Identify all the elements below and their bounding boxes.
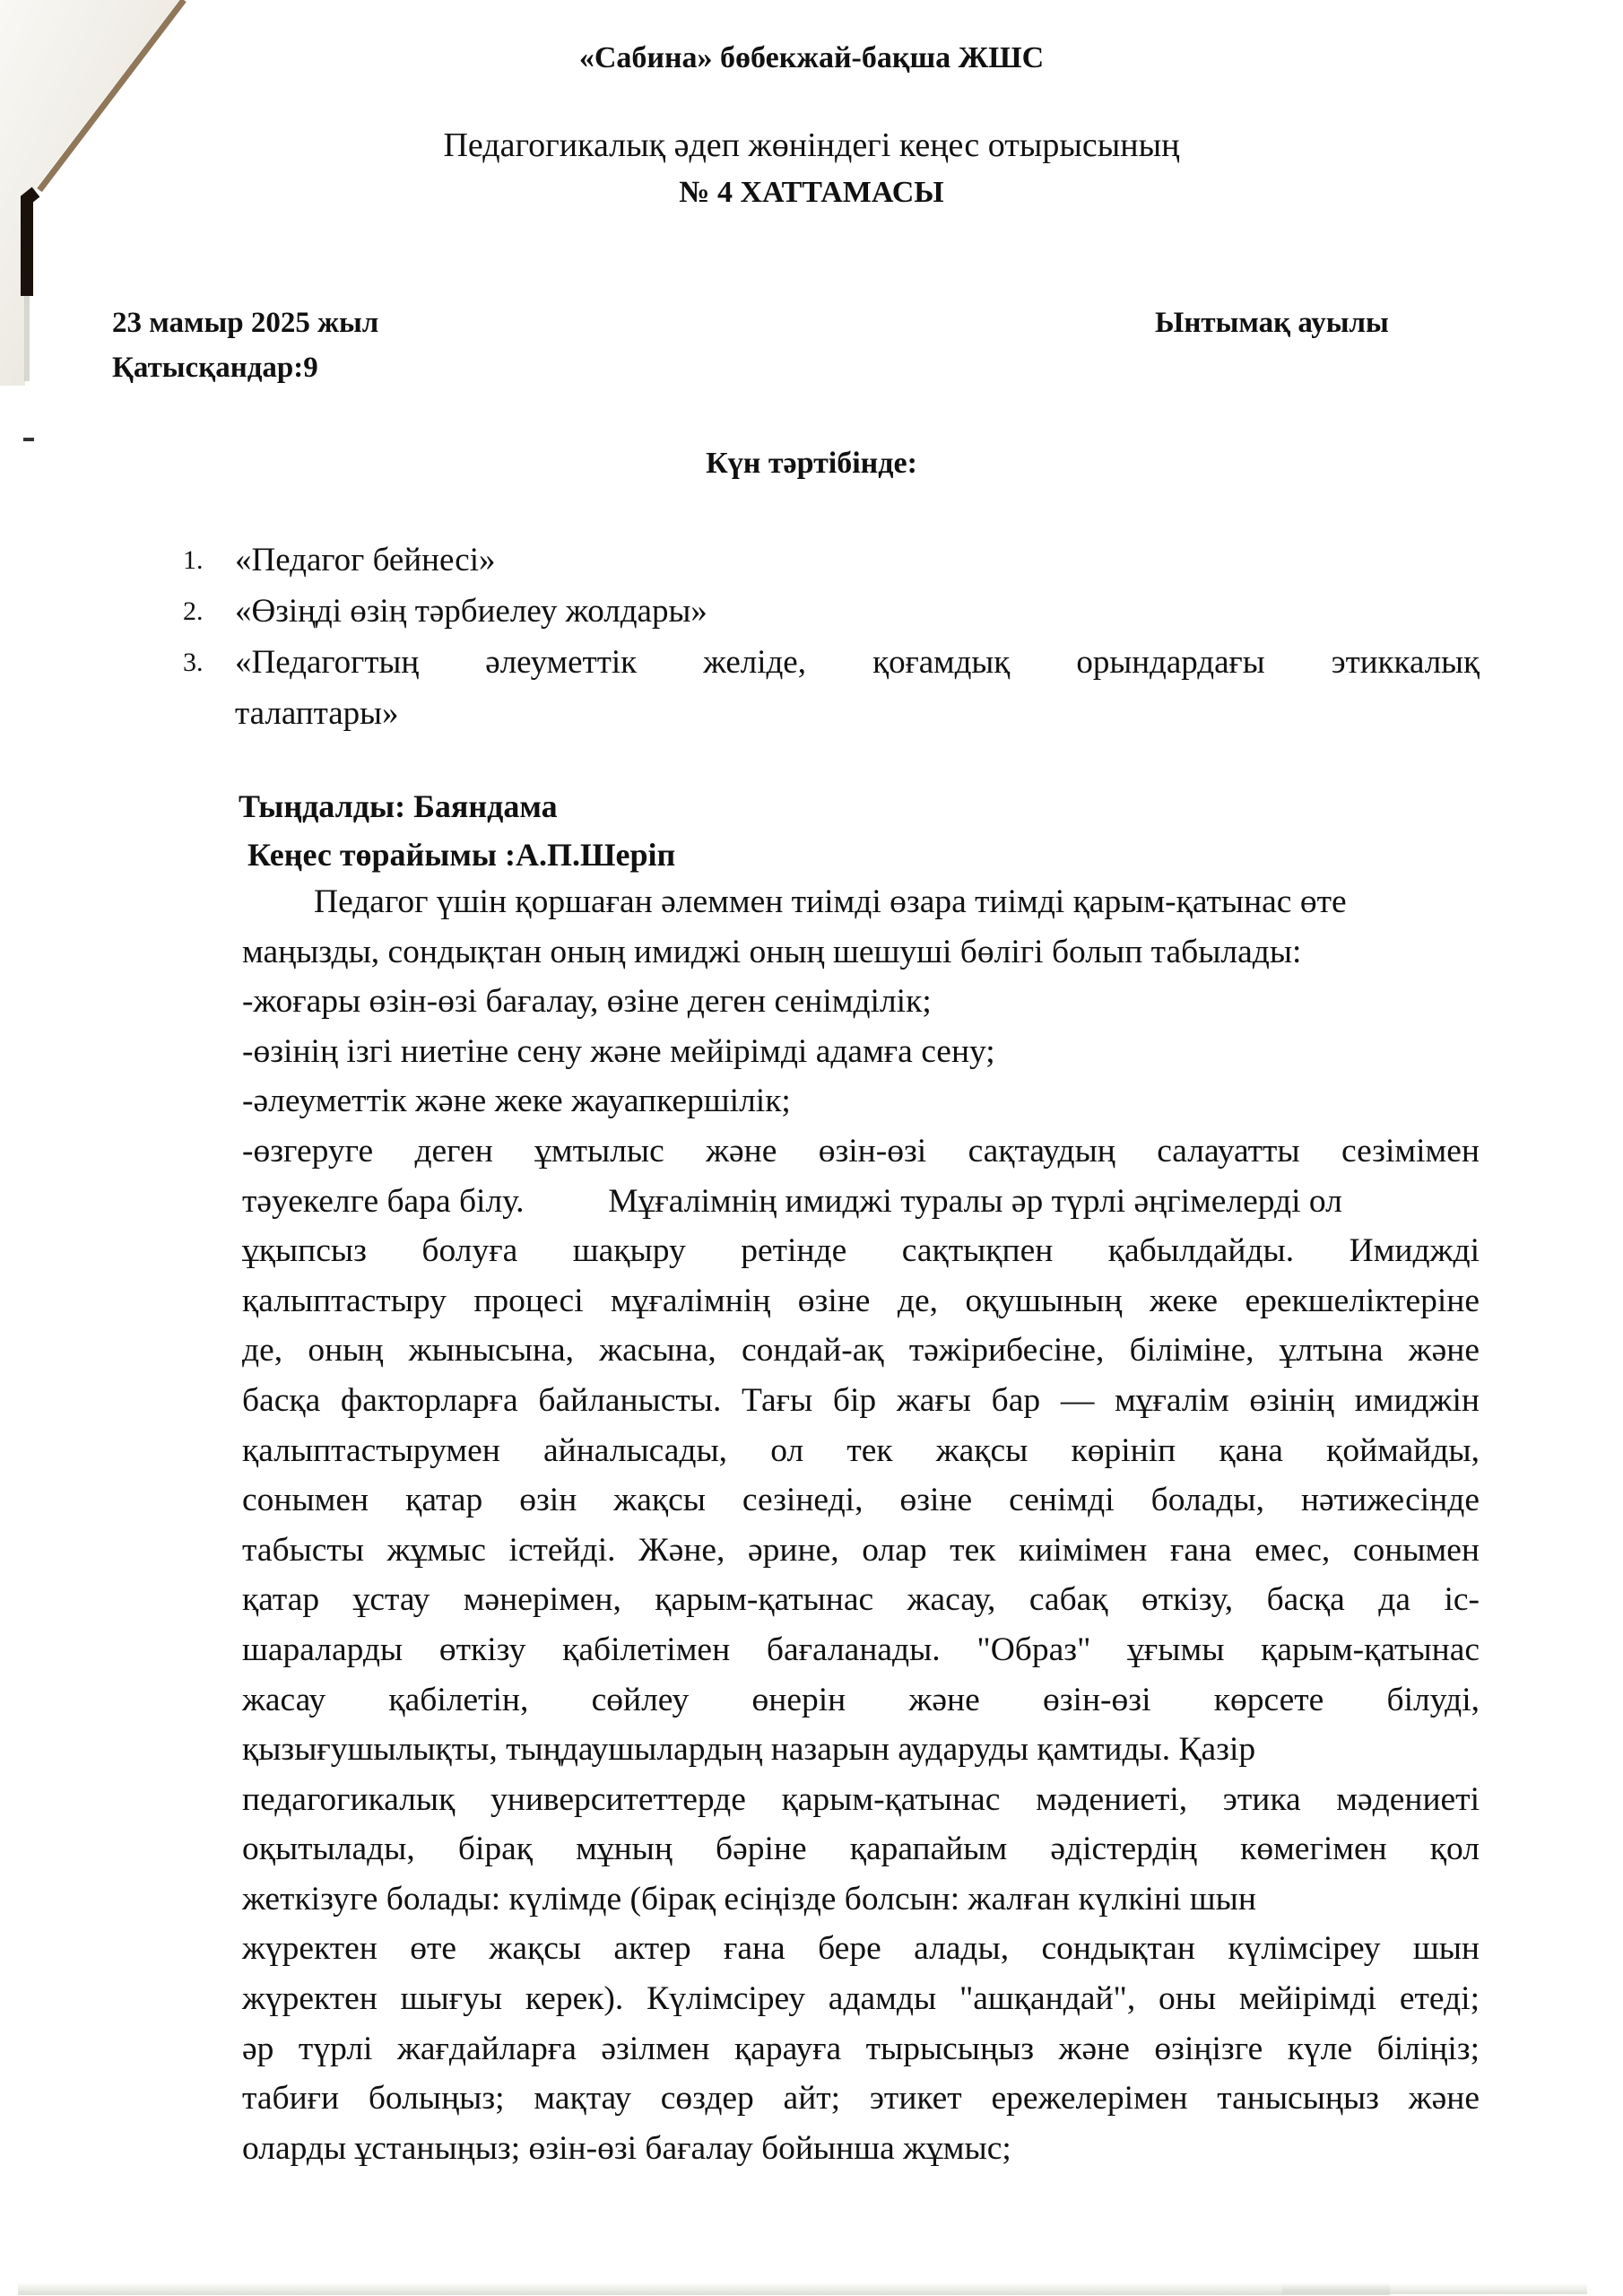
- agenda-item-text: «Өзіңді өзің тәрбиелеу жолдары»: [235, 593, 707, 630]
- body-line: маңызды, сондықтан оның имиджі оның шешу…: [242, 927, 1480, 978]
- body-line: қалыптастыру процесі мұғалімнің өзіне де…: [242, 1276, 1480, 1326]
- organization-name: «Сабина» бөбекжай-бақша ЖШС: [0, 41, 1623, 75]
- body-line: тәуекелге бара білу. Мұғалімнің имиджі т…: [242, 1177, 1480, 1227]
- body-line: жүректен шығуы керек). Күлімсіреу адамды…: [242, 1974, 1480, 2024]
- body-line: де, оның жынысына, жасына, сондай-ақ тәж…: [242, 1326, 1480, 1376]
- body-line: жеткізуге болады: күлімде (бірақ есіңізд…: [242, 1874, 1480, 1925]
- body-line: -өзінің ізгі ниетіне сену және мейірімді…: [242, 1027, 1480, 1077]
- agenda-item-number: 3.: [183, 637, 204, 688]
- body-line: оларды ұстаныңыз; өзін-өзі бағалау бойын…: [242, 2124, 1480, 2174]
- meeting-place: Ынтымақ ауылы: [1155, 307, 1389, 340]
- agenda-item-text: «Педагогтың әлеуметтік желіде, қоғамдық …: [235, 644, 1480, 681]
- heard-heading: Тыңдалды: Баяндама: [239, 787, 558, 825]
- body-line: ұқыпсыз болуға шақыру ретінде сақтықпен …: [242, 1226, 1480, 1276]
- body-line: жасау қабілетін, сөйлеу өнерін және өзін…: [242, 1675, 1480, 1726]
- report-body: Педагог үшін қоршаған әлеммен тиімді өза…: [242, 877, 1480, 2173]
- meeting-date: 23 мамыр 2025 жыл: [112, 307, 378, 340]
- protocol-number: № 4 ХАТТАМАСЫ: [0, 176, 1623, 210]
- body-line: қалыптастырумен айналысады, ол тек жақсы…: [242, 1426, 1480, 1476]
- body-line: -әлеуметтік және жеке жауапкершілік;: [242, 1076, 1480, 1126]
- body-line: -өзгеруге деген ұмтылыс және өзін-өзі са…: [242, 1126, 1480, 1177]
- body-line: жүректен өте жақсы актер ғана бере алады…: [242, 1924, 1480, 1974]
- document-title: Педагогикалық әдеп жөніндегі кеңес отыры…: [0, 126, 1623, 165]
- scan-bottom-edge: [18, 2283, 1390, 2295]
- participants-count: Қатысқандар:9: [112, 352, 318, 385]
- body-line: табысты жұмыс істейді. Және, әрине, олар…: [242, 1526, 1480, 1576]
- agenda-item-number: 1.: [183, 535, 204, 586]
- scan-bottom-edge-right: [1282, 2283, 1587, 2294]
- agenda-item: 1. «Педагог бейнесі»: [179, 535, 1480, 586]
- scan-edge-mark: [23, 438, 34, 441]
- body-line: қызығушылықты, тыңдаушылардың назарын ау…: [242, 1725, 1480, 1775]
- agenda-item-text: «Педагог бейнесі»: [235, 542, 496, 578]
- body-line: басқа факторларға байланысты. Тағы бір ж…: [242, 1376, 1480, 1426]
- body-line: әр түрлі жағдайларға әзілмен қарауға тыр…: [242, 2024, 1480, 2074]
- body-line: табиғи болыңыз; мақтау сөздер айт; этике…: [242, 2074, 1480, 2124]
- body-line: Педагог үшін қоршаған әлеммен тиімді өза…: [242, 877, 1480, 927]
- agenda-item-text-continued: талаптары»: [235, 688, 1480, 739]
- agenda-item: 2. «Өзіңді өзің тәрбиелеу жолдары»: [179, 586, 1480, 637]
- body-line: педагогикалық университеттерде қарым-қат…: [242, 1775, 1480, 1825]
- body-line: сонымен қатар өзін жақсы сезінеді, өзіне…: [242, 1475, 1480, 1526]
- chairperson: Кеңес төрайымы :А.П.Шеріп: [247, 836, 675, 874]
- agenda-list: 1. «Педагог бейнесі» 2. «Өзіңді өзің тәр…: [179, 535, 1480, 739]
- body-line: оқытылады, бірақ мұның бәріне қарапайым …: [242, 1824, 1480, 1874]
- agenda-item-number: 2.: [183, 586, 204, 637]
- body-line: қатар ұстау мәнерімен, қарым-қатынас жас…: [242, 1575, 1480, 1625]
- agenda-item: 3. «Педагогтың әлеуметтік желіде, қоғамд…: [179, 637, 1480, 739]
- body-line: -жоғары өзін-өзі бағалау, өзіне деген се…: [242, 977, 1480, 1027]
- body-line: шараларды өткізу қабілетімен бағаланады.…: [242, 1625, 1480, 1675]
- agenda-heading: Күн тәртібінде:: [0, 447, 1623, 481]
